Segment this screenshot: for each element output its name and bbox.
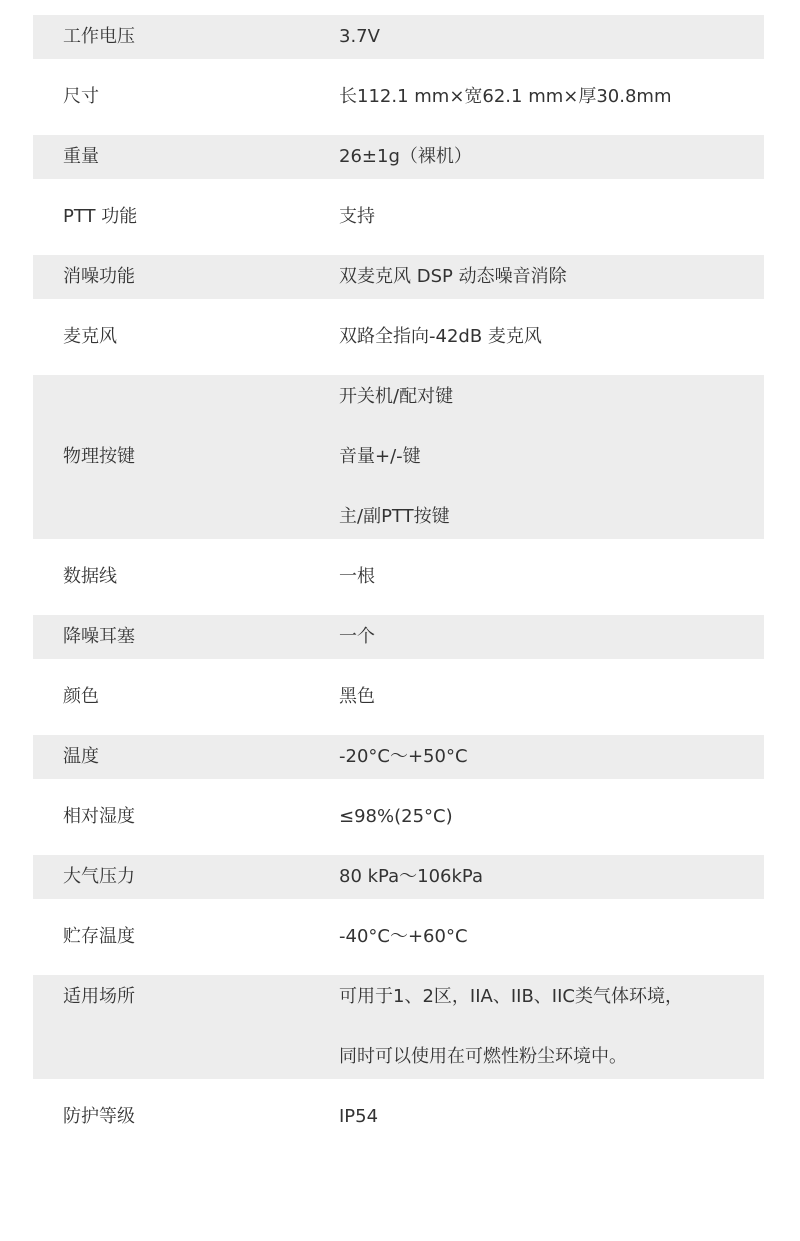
spec-values: 长112.1 mm×宽62.1 mm×厚30.8mm	[339, 67, 672, 127]
spec-value: 可用于1、2区，IIA、IIB、IIC类气体环境，	[339, 967, 683, 1027]
spec-label: PTT 功能	[63, 187, 137, 247]
spec-values: 可用于1、2区，IIA、IIB、IIC类气体环境， 同时可以使用在可燃性粉尘环境…	[339, 967, 683, 1087]
spec-values: 3.7V	[339, 7, 380, 67]
spec-label: 颜色	[63, 667, 99, 727]
spec-row-ptt-function: PTT 功能 支持	[33, 187, 764, 247]
spec-value: IP54	[339, 1087, 378, 1147]
spec-value: 开关机/配对键	[339, 367, 453, 427]
spec-values: 开关机/配对键 音量+/-键 主/副PTT按键	[339, 367, 453, 547]
spec-value: 同时可以使用在可燃性粉尘环境中。	[339, 1027, 683, 1087]
spec-label: 数据线	[63, 547, 117, 607]
row-background	[33, 195, 764, 239]
spec-row-dimensions: 尺寸 长112.1 mm×宽62.1 mm×厚30.8mm	[33, 67, 764, 127]
row-background	[33, 555, 764, 599]
spec-values: 80 kPa～106kPa	[339, 847, 483, 907]
spec-row-noise-cancellation: 消噪功能 双麦克风 DSP 动态噪音消除	[33, 247, 764, 307]
spec-value: 80 kPa～106kPa	[339, 847, 483, 907]
spec-row-temperature: 温度 -20°C～+50°C	[33, 727, 764, 787]
spec-label: 防护等级	[63, 1087, 135, 1147]
spec-row-data-cable: 数据线 一根	[33, 547, 764, 607]
spec-value: 音量+/-键	[339, 427, 453, 487]
spec-row-weight: 重量 26±1g（裸机）	[33, 127, 764, 187]
spec-values: 黑色	[339, 667, 375, 727]
spec-row-earplug: 降噪耳塞 一个	[33, 607, 764, 667]
spec-label: 重量	[63, 127, 99, 187]
spec-value: 黑色	[339, 667, 375, 727]
spec-row-microphone: 麦克风 双路全指向-42dB 麦克风	[33, 307, 764, 367]
spec-value: 支持	[339, 187, 375, 247]
spec-value: 主/副PTT按键	[339, 487, 453, 547]
spec-values: 一个	[339, 607, 375, 667]
spec-values: ≤98%(25°C)	[339, 787, 453, 847]
spec-label: 尺寸	[63, 67, 99, 127]
spec-value: 双麦克风 DSP 动态噪音消除	[339, 247, 567, 307]
spec-table: 工作电压 3.7V 尺寸 长112.1 mm×宽62.1 mm×厚30.8mm …	[33, 7, 764, 1147]
spec-row-physical-buttons: 物理按键 开关机/配对键 音量+/-键 主/副PTT按键	[33, 367, 764, 547]
spec-row-atmospheric-pressure: 大气压力 80 kPa～106kPa	[33, 847, 764, 907]
spec-label: 麦克风	[63, 307, 117, 367]
spec-label: 适用场所	[63, 967, 135, 1027]
spec-row-relative-humidity: 相对湿度 ≤98%(25°C)	[33, 787, 764, 847]
spec-row-operating-voltage: 工作电压 3.7V	[33, 7, 764, 67]
row-background	[33, 615, 764, 659]
spec-label: 温度	[63, 727, 99, 787]
spec-values: 支持	[339, 187, 375, 247]
spec-label: 贮存温度	[63, 907, 135, 967]
spec-values: -20°C～+50°C	[339, 727, 468, 787]
spec-value: -40°C～+60°C	[339, 907, 468, 967]
row-background	[33, 15, 764, 59]
spec-label: 物理按键	[63, 427, 135, 487]
spec-label: 相对湿度	[63, 787, 135, 847]
spec-value: 26±1g（裸机）	[339, 127, 472, 187]
spec-value: 长112.1 mm×宽62.1 mm×厚30.8mm	[339, 67, 672, 127]
spec-value: 3.7V	[339, 7, 380, 67]
row-background	[33, 675, 764, 719]
spec-value: 双路全指向-42dB 麦克风	[339, 307, 542, 367]
spec-label: 消噪功能	[63, 247, 135, 307]
spec-values: IP54	[339, 1087, 378, 1147]
spec-label: 大气压力	[63, 847, 135, 907]
spec-values: 双麦克风 DSP 动态噪音消除	[339, 247, 567, 307]
spec-value: -20°C～+50°C	[339, 727, 468, 787]
spec-value: 一根	[339, 547, 375, 607]
spec-values: 一根	[339, 547, 375, 607]
row-background	[33, 1095, 764, 1139]
spec-row-color: 颜色 黑色	[33, 667, 764, 727]
spec-values: 双路全指向-42dB 麦克风	[339, 307, 542, 367]
spec-value: ≤98%(25°C)	[339, 787, 453, 847]
spec-values: 26±1g（裸机）	[339, 127, 472, 187]
spec-row-applicable-places: 适用场所 可用于1、2区，IIA、IIB、IIC类气体环境， 同时可以使用在可燃…	[33, 967, 764, 1087]
spec-value: 一个	[339, 607, 375, 667]
spec-label: 降噪耳塞	[63, 607, 135, 667]
spec-label: 工作电压	[63, 7, 135, 67]
spec-row-protection-level: 防护等级 IP54	[33, 1087, 764, 1147]
spec-values: -40°C～+60°C	[339, 907, 468, 967]
spec-row-storage-temperature: 贮存温度 -40°C～+60°C	[33, 907, 764, 967]
